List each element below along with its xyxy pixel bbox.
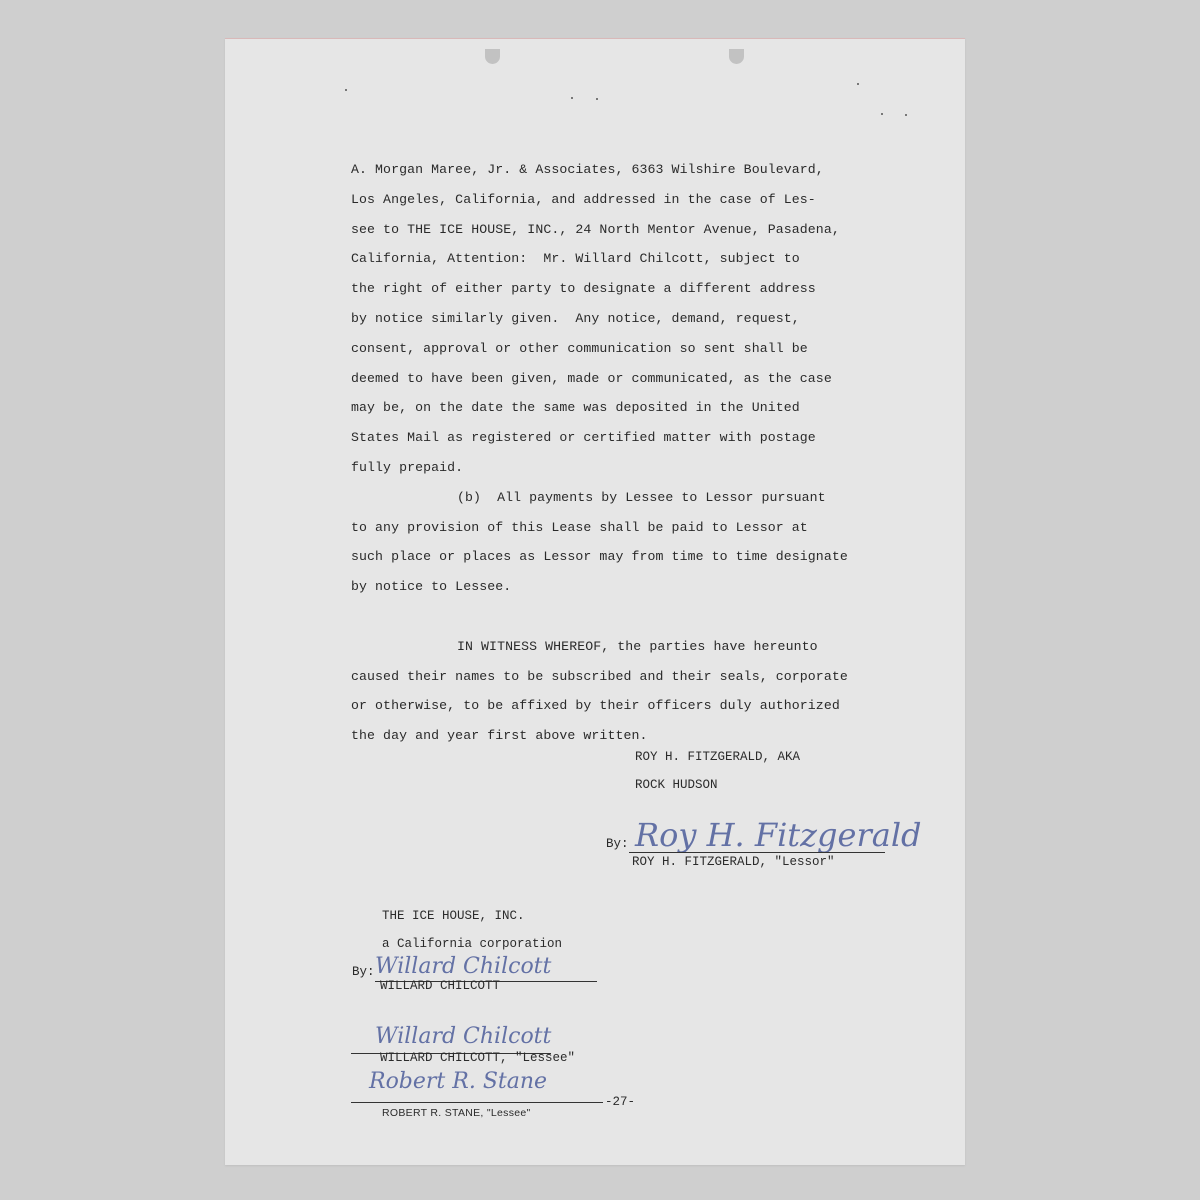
lessee-corp-signature: Willard Chilcott <box>375 954 551 979</box>
lessor-name: ROY H. FITZGERALD, AKA ROCK HUDSON <box>605 736 800 806</box>
document-page: A. Morgan Maree, Jr. & Associates, 6363 … <box>225 38 965 1165</box>
text-line: to any provision of this Lease shall be … <box>351 513 951 543</box>
ink-speck <box>571 97 573 99</box>
lessee-2-signature-line <box>351 1102 603 1103</box>
body-text: A. Morgan Maree, Jr. & Associates, 6363 … <box>351 155 951 751</box>
text-line: California, Attention: Mr. Willard Chilc… <box>351 244 951 274</box>
paragraph-gap <box>351 602 951 632</box>
text-line: Los Angeles, California, and addressed i… <box>351 185 951 215</box>
lessee-corp-name-line2: a California corporation <box>382 937 562 951</box>
lessor-name-line1: ROY H. FITZGERALD, AKA <box>635 750 800 764</box>
lessee-1-signature: Willard Chilcott <box>375 1024 551 1049</box>
text-line: A. Morgan Maree, Jr. & Associates, 6363 … <box>351 155 951 185</box>
lessee-2-signature: Robert R. Stane <box>369 1069 547 1094</box>
lessee-1-typed-name: WILLARD CHILCOTT, "Lessee" <box>380 1051 575 1065</box>
text-line: such place or places as Lessor may from … <box>351 542 951 572</box>
punch-hole <box>729 49 744 64</box>
ink-speck <box>905 114 907 116</box>
lessee-corp-typed-name: WILLARD CHILCOTT <box>380 979 500 993</box>
lessee-2-typed-name: ROBERT R. STANE, "Lessee" <box>382 1107 531 1119</box>
punch-hole <box>485 49 500 64</box>
text-line: the right of either party to designate a… <box>351 274 951 304</box>
lessor-typed-name: ROY H. FITZGERALD, "Lessor" <box>632 855 835 869</box>
lessee-corp-name-line1: THE ICE HOUSE, INC. <box>382 909 525 923</box>
page-number: -27- <box>605 1095 635 1109</box>
text-line: deemed to have been given, made or commu… <box>351 364 951 394</box>
ink-speck <box>596 98 598 100</box>
ink-speck <box>881 113 883 115</box>
lessor-by-label: By: <box>606 837 629 851</box>
text-line: may be, on the date the same was deposit… <box>351 393 951 423</box>
text-line: caused their names to be subscribed and … <box>351 662 951 692</box>
text-line: IN WITNESS WHEREOF, the parties have her… <box>351 632 951 662</box>
text-line: fully prepaid. <box>351 453 951 483</box>
ink-speck <box>345 89 347 91</box>
text-line: by notice to Lessee. <box>351 572 951 602</box>
text-line: (b) All payments by Lessee to Lessor pur… <box>351 483 951 513</box>
lessor-name-line2: ROCK HUDSON <box>635 778 718 792</box>
text-line: consent, approval or other communication… <box>351 334 951 364</box>
text-line: or otherwise, to be affixed by their off… <box>351 691 951 721</box>
lessee-corp-by-label: By: <box>352 965 375 979</box>
text-line: by notice similarly given. Any notice, d… <box>351 304 951 334</box>
lessor-signature-line <box>629 852 885 853</box>
ink-speck <box>857 83 859 85</box>
text-line: States Mail as registered or certified m… <box>351 423 951 453</box>
text-line: see to THE ICE HOUSE, INC., 24 North Men… <box>351 215 951 245</box>
lessor-signature: Roy H. Fitzgerald <box>635 816 922 854</box>
